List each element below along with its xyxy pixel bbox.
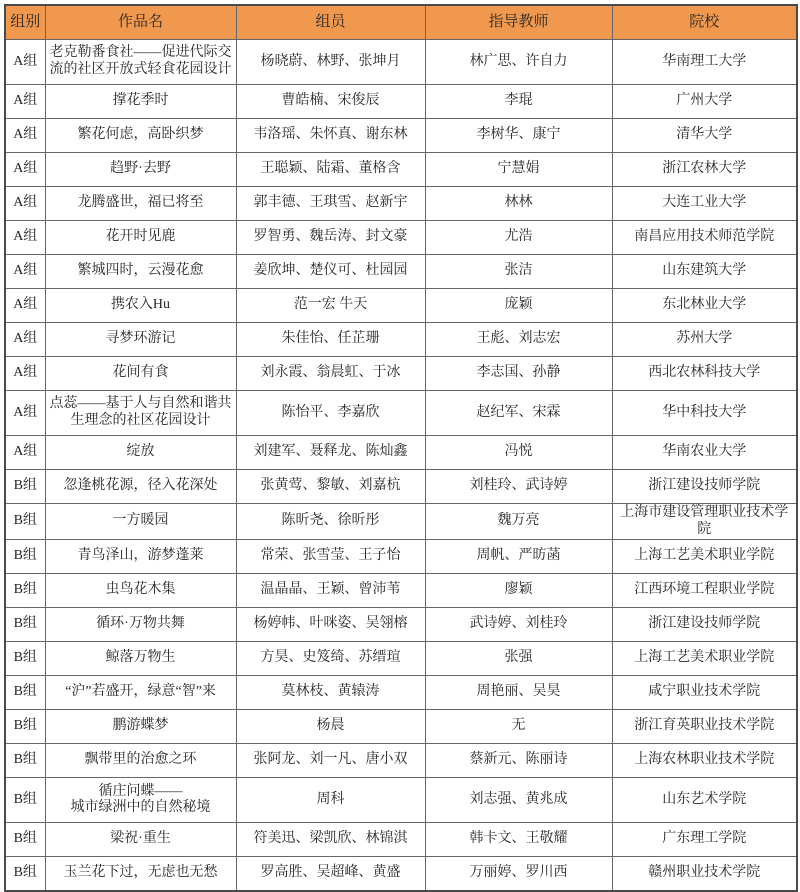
cell-members: 郭丰德、王琪雪、赵新宇	[236, 187, 425, 221]
cell-group: B组	[5, 823, 45, 857]
cell-school: 华南农业大学	[612, 436, 797, 470]
cell-school: 西北农林科技大学	[612, 357, 797, 391]
cell-work-title: 繁城四时，云漫花愈	[45, 255, 236, 289]
cell-advisors: 林广思、许自力	[425, 40, 612, 85]
cell-members: 杨晨	[236, 710, 425, 744]
cell-advisors: 刘志强、黄兆成	[425, 778, 612, 823]
table-row: B组 飘带里的治愈之环 张阿龙、刘一凡、唐小双 蔡新元、陈丽诗 上海农林职业技术…	[5, 744, 797, 778]
cell-work-title: 循环·万物共舞	[45, 608, 236, 642]
cell-work-title: 梁祝·重生	[45, 823, 236, 857]
cell-school: 广东理工学院	[612, 823, 797, 857]
cell-members: 杨婷帏、叶咪姿、吴翎榕	[236, 608, 425, 642]
cell-advisors: 庞颖	[425, 289, 612, 323]
cell-group: A组	[5, 40, 45, 85]
cell-work-title: 老克勒番食社——促进代际交 流的社区开放式轻食花园设计	[45, 40, 236, 85]
table-row: A组 老克勒番食社——促进代际交 流的社区开放式轻食花园设计 杨晓蔚、林野、张坤…	[5, 40, 797, 85]
cell-school: 浙江农林大学	[612, 153, 797, 187]
cell-advisors: 万丽婷、罗川西	[425, 857, 612, 892]
cell-group: B组	[5, 710, 45, 744]
cell-school: 上海市建设管理职业技术学院	[612, 504, 797, 540]
table-row: B组 循庄问蝶—— 城市绿洲中的自然秘境 周科 刘志强、黄兆成 山东艺术学院	[5, 778, 797, 823]
cell-group: B组	[5, 857, 45, 892]
table-row: A组 龙腾盛世，福已将至 郭丰德、王琪雪、赵新宇 林林 大连工业大学	[5, 187, 797, 221]
cell-group: A组	[5, 221, 45, 255]
cell-group: A组	[5, 391, 45, 436]
cell-group: B组	[5, 744, 45, 778]
cell-school: 江西环境工程职业学院	[612, 574, 797, 608]
cell-work-title: 绽放	[45, 436, 236, 470]
cell-members: 范一宏 牛天	[236, 289, 425, 323]
cell-members: 刘永霞、翁晨虹、于冰	[236, 357, 425, 391]
cell-advisors: 韩卡文、王敬耀	[425, 823, 612, 857]
table-row: A组 撑花季时 曹皓楠、宋俊辰 李琨 广州大学	[5, 85, 797, 119]
cell-members: 周科	[236, 778, 425, 823]
cell-members: 张黄莺、黎敏、刘嘉杭	[236, 470, 425, 504]
cell-advisors: 冯悦	[425, 436, 612, 470]
cell-group: A组	[5, 323, 45, 357]
cell-advisors: 赵纪军、宋霖	[425, 391, 612, 436]
cell-work-title: 携农入Hu	[45, 289, 236, 323]
cell-school: 浙江育英职业技术学院	[612, 710, 797, 744]
cell-school: 华南理工大学	[612, 40, 797, 85]
cell-work-title: 青鸟泽山，游梦蓬莱	[45, 540, 236, 574]
cell-school: 大连工业大学	[612, 187, 797, 221]
table-row: B组 梁祝·重生 符美迅、梁凯欣、林锦淇 韩卡文、王敬耀 广东理工学院	[5, 823, 797, 857]
cell-work-title: 鹏游蝶梦	[45, 710, 236, 744]
table-row: A组 携农入Hu 范一宏 牛天 庞颖 东北林业大学	[5, 289, 797, 323]
cell-group: A组	[5, 436, 45, 470]
cell-school: 咸宁职业技术学院	[612, 676, 797, 710]
table-row: A组 绽放 刘建军、聂释龙、陈灿鑫 冯悦 华南农业大学	[5, 436, 797, 470]
cell-members: 莫林枝、黄辕涛	[236, 676, 425, 710]
cell-group: B组	[5, 470, 45, 504]
cell-advisors: 刘桂玲、武诗婷	[425, 470, 612, 504]
column-header-work-title: 作品名	[45, 5, 236, 40]
cell-work-title: 忽逢桃花源，径入花深处	[45, 470, 236, 504]
awards-table: 组别 作品名 组员 指导教师 院校 A组 老克勒番食社——促进代际交 流的社区开…	[4, 4, 798, 892]
cell-school: 上海工艺美术职业学院	[612, 540, 797, 574]
table-body: A组 老克勒番食社——促进代际交 流的社区开放式轻食花园设计 杨晓蔚、林野、张坤…	[5, 40, 797, 892]
cell-school: 山东建筑大学	[612, 255, 797, 289]
cell-advisors: 李琨	[425, 85, 612, 119]
column-header-advisors: 指导教师	[425, 5, 612, 40]
cell-school: 上海农林职业技术学院	[612, 744, 797, 778]
cell-school: 广州大学	[612, 85, 797, 119]
cell-work-title: 撑花季时	[45, 85, 236, 119]
cell-school: 苏州大学	[612, 323, 797, 357]
table-header-row: 组别 作品名 组员 指导教师 院校	[5, 5, 797, 40]
cell-advisors: 李树华、康宁	[425, 119, 612, 153]
cell-members: 王聪颖、陆霜、董格含	[236, 153, 425, 187]
table-row: B组 鲸落万物生 方昊、史笈绮、苏缙瑄 张强 上海工艺美术职业学院	[5, 642, 797, 676]
cell-advisors: 尤浩	[425, 221, 612, 255]
cell-advisors: 周艳丽、吴昊	[425, 676, 612, 710]
cell-work-title: 一方暖园	[45, 504, 236, 540]
cell-work-title: 循庄问蝶—— 城市绿洲中的自然秘境	[45, 778, 236, 823]
cell-school: 浙江建设技师学院	[612, 470, 797, 504]
cell-advisors: 王彪、刘志宏	[425, 323, 612, 357]
cell-work-title: 鲸落万物生	[45, 642, 236, 676]
table-row: A组 繁城四时，云漫花愈 姜欣坤、楚仪可、杜园园 张洁 山东建筑大学	[5, 255, 797, 289]
cell-group: A组	[5, 357, 45, 391]
cell-members: 符美迅、梁凯欣、林锦淇	[236, 823, 425, 857]
cell-members: 方昊、史笈绮、苏缙瑄	[236, 642, 425, 676]
cell-school: 赣州职业技术学院	[612, 857, 797, 892]
cell-members: 温晶晶、王颖、曾沛苇	[236, 574, 425, 608]
cell-advisors: 张强	[425, 642, 612, 676]
cell-members: 罗高胜、吴超峰、黄盛	[236, 857, 425, 892]
cell-group: B组	[5, 778, 45, 823]
cell-school: 南昌应用技术师范学院	[612, 221, 797, 255]
cell-school: 清华大学	[612, 119, 797, 153]
table-row: B组 一方暖园 陈昕尧、徐昕彤 魏万亮 上海市建设管理职业技术学院	[5, 504, 797, 540]
table-row: B组 青鸟泽山，游梦蓬莱 常荣、张雪莹、王子怡 周帆、严昉菡 上海工艺美术职业学…	[5, 540, 797, 574]
cell-advisors: 魏万亮	[425, 504, 612, 540]
cell-work-title: 趋野·去野	[45, 153, 236, 187]
cell-work-title: 虫鸟花木集	[45, 574, 236, 608]
cell-work-title: 玉兰花下过，无虑也无愁	[45, 857, 236, 892]
cell-advisors: 廖颖	[425, 574, 612, 608]
cell-work-title: 花开时见鹿	[45, 221, 236, 255]
table-row: B组 玉兰花下过，无虑也无愁 罗高胜、吴超峰、黄盛 万丽婷、罗川西 赣州职业技术…	[5, 857, 797, 892]
cell-advisors: 武诗婷、刘桂玲	[425, 608, 612, 642]
cell-members: 刘建军、聂释龙、陈灿鑫	[236, 436, 425, 470]
cell-group: B组	[5, 504, 45, 540]
page: 组别 作品名 组员 指导教师 院校 A组 老克勒番食社——促进代际交 流的社区开…	[0, 0, 800, 890]
cell-group: A组	[5, 187, 45, 221]
cell-work-title: 寻梦环游记	[45, 323, 236, 357]
cell-group: B组	[5, 540, 45, 574]
cell-advisors: 周帆、严昉菡	[425, 540, 612, 574]
cell-members: 陈昕尧、徐昕彤	[236, 504, 425, 540]
cell-members: 曹皓楠、宋俊辰	[236, 85, 425, 119]
cell-work-title: 花间有食	[45, 357, 236, 391]
table-row: A组 繁花何虑，高卧织梦 韦洛瑶、朱怀真、谢东林 李树华、康宁 清华大学	[5, 119, 797, 153]
cell-members: 常荣、张雪莹、王子怡	[236, 540, 425, 574]
cell-members: 韦洛瑶、朱怀真、谢东林	[236, 119, 425, 153]
table-row: A组 趋野·去野 王聪颖、陆霜、董格含 宁慧娟 浙江农林大学	[5, 153, 797, 187]
cell-work-title: 点蕊——基于人与自然和谐共 生理念的社区花园设计	[45, 391, 236, 436]
cell-group: B组	[5, 676, 45, 710]
cell-members: 杨晓蔚、林野、张坤月	[236, 40, 425, 85]
cell-members: 张阿龙、刘一凡、唐小双	[236, 744, 425, 778]
cell-group: B组	[5, 574, 45, 608]
cell-advisors: 林林	[425, 187, 612, 221]
table-row: B组 忽逢桃花源，径入花深处 张黄莺、黎敏、刘嘉杭 刘桂玲、武诗婷 浙江建设技师…	[5, 470, 797, 504]
cell-group: B组	[5, 642, 45, 676]
cell-group: A组	[5, 85, 45, 119]
cell-advisors: 张洁	[425, 255, 612, 289]
cell-work-title: 繁花何虑，高卧织梦	[45, 119, 236, 153]
column-header-members: 组员	[236, 5, 425, 40]
table-row: A组 寻梦环游记 朱佳怡、任芷珊 王彪、刘志宏 苏州大学	[5, 323, 797, 357]
table-row: B组 鹏游蝶梦 杨晨 无 浙江育英职业技术学院	[5, 710, 797, 744]
cell-members: 罗智勇、魏岳涛、封文豪	[236, 221, 425, 255]
cell-work-title: 龙腾盛世，福已将至	[45, 187, 236, 221]
cell-school: 浙江建设技师学院	[612, 608, 797, 642]
cell-school: 山东艺术学院	[612, 778, 797, 823]
cell-work-title: “沪”若盛开，绿意“智”来	[45, 676, 236, 710]
table-row: A组 花间有食 刘永霞、翁晨虹、于冰 李志国、孙静 西北农林科技大学	[5, 357, 797, 391]
column-header-group: 组别	[5, 5, 45, 40]
cell-school: 上海工艺美术职业学院	[612, 642, 797, 676]
cell-members: 陈怡平、李嘉欣	[236, 391, 425, 436]
cell-work-title: 飘带里的治愈之环	[45, 744, 236, 778]
table-row: B组 “沪”若盛开，绿意“智”来 莫林枝、黄辕涛 周艳丽、吴昊 咸宁职业技术学院	[5, 676, 797, 710]
cell-advisors: 蔡新元、陈丽诗	[425, 744, 612, 778]
cell-group: A组	[5, 119, 45, 153]
cell-advisors: 李志国、孙静	[425, 357, 612, 391]
table-row: A组 花开时见鹿 罗智勇、魏岳涛、封文豪 尤浩 南昌应用技术师范学院	[5, 221, 797, 255]
cell-advisors: 无	[425, 710, 612, 744]
cell-group: A组	[5, 289, 45, 323]
cell-school: 东北林业大学	[612, 289, 797, 323]
cell-school: 华中科技大学	[612, 391, 797, 436]
cell-group: A组	[5, 255, 45, 289]
table-row: A组 点蕊——基于人与自然和谐共 生理念的社区花园设计 陈怡平、李嘉欣 赵纪军、…	[5, 391, 797, 436]
cell-members: 朱佳怡、任芷珊	[236, 323, 425, 357]
table-row: B组 循环·万物共舞 杨婷帏、叶咪姿、吴翎榕 武诗婷、刘桂玲 浙江建设技师学院	[5, 608, 797, 642]
cell-advisors: 宁慧娟	[425, 153, 612, 187]
cell-group: A组	[5, 153, 45, 187]
cell-group: B组	[5, 608, 45, 642]
column-header-school: 院校	[612, 5, 797, 40]
cell-members: 姜欣坤、楚仪可、杜园园	[236, 255, 425, 289]
table-row: B组 虫鸟花木集 温晶晶、王颖、曾沛苇 廖颖 江西环境工程职业学院	[5, 574, 797, 608]
